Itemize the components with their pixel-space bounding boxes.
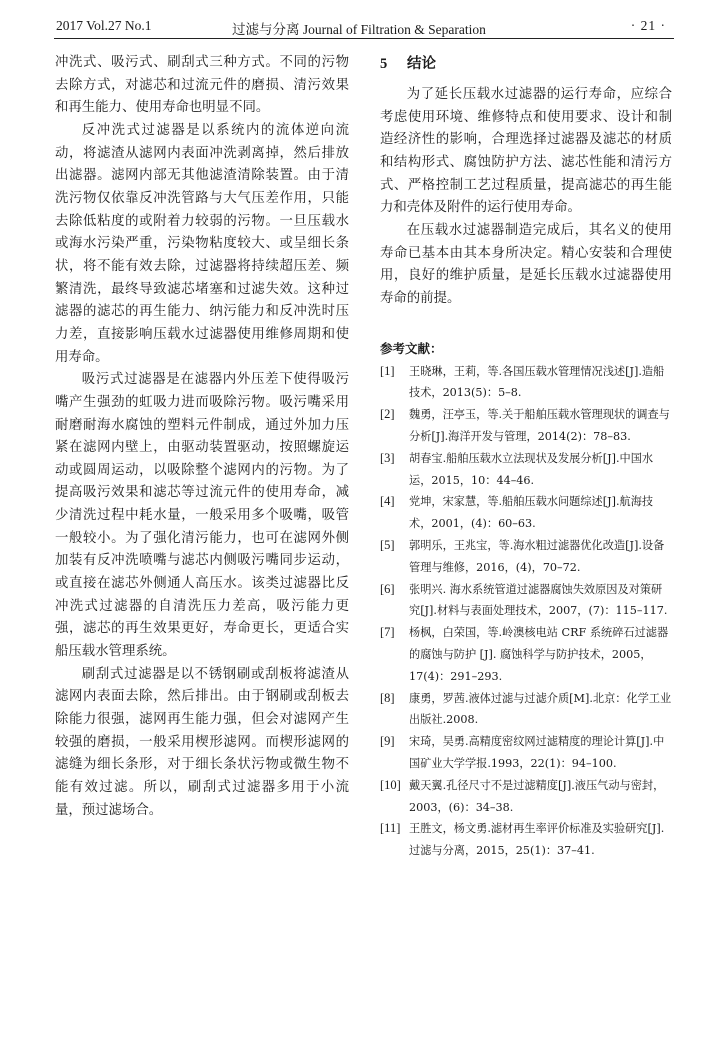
reference-number: [11] xyxy=(380,818,400,840)
reference-item: [8]康勇，罗茜.液体过滤与过滤介质[M].北京：化学工业出版社.2008. xyxy=(380,688,672,732)
reference-number: [4] xyxy=(380,491,395,513)
body-paragraph: 为了延长压载水过滤器的运行寿命，应综合考虑使用环境、维修特点和使用要求、设计和制… xyxy=(380,84,672,220)
reference-text: 康勇，罗茜.液体过滤与过滤介质[M].北京：化学工业出版社.2008. xyxy=(409,688,672,732)
reference-number: [2] xyxy=(380,404,395,426)
reference-text: 杨枫，白荣国，等.岭澳核电站 CRF 系统碎石过滤器的腐蚀与防护 [J]. 腐蚀… xyxy=(409,622,672,687)
body-paragraph: 吸污式过滤器是在滤器内外压差下使得吸污嘴产生强劲的虹吸力进而吸除污物。吸污嘴采用… xyxy=(55,369,349,664)
reference-number: [5] xyxy=(380,535,395,557)
body-paragraph: 在压载水过滤器制造完成后，其名义的使用寿命已基本由其本身所决定。精心安装和合理使… xyxy=(380,220,672,311)
body-paragraph: 刷刮式过滤器是以不锈钢刷或刮板将滤渣从滤网内表面去除，然后排出。由于钢刷或刮板去… xyxy=(55,664,349,823)
reference-number: [8] xyxy=(380,688,395,710)
reference-item: [2]魏勇，汪亭玉，等.关于船舶压载水管理现状的调查与分析[J].海洋开发与管理… xyxy=(380,404,672,448)
reference-text: 魏勇，汪亭玉，等.关于船舶压载水管理现状的调查与分析[J].海洋开发与管理，20… xyxy=(409,404,672,448)
journal-title: 过滤与分离 Journal of Filtration & Separation xyxy=(232,18,486,38)
reference-item: [6]张明兴. 海水系统管道过滤器腐蚀失效原因及对策研究[J].材料与表面处理技… xyxy=(380,579,672,623)
reference-item: [4]党坤，宋家慧，等.船舶压载水问题综述[J].航海技术，2001，(4)：6… xyxy=(380,491,672,535)
section-heading: 5结论 xyxy=(380,52,672,76)
reference-text: 郭明乐，王兆宝，等.海水粗过滤器优化改造[J].设备管理与维修，2016，(4)… xyxy=(409,535,672,579)
reference-number: [3] xyxy=(380,448,395,470)
right-column: 5结论 为了延长压载水过滤器的运行寿命，应综合考虑使用环境、维修特点和使用要求、… xyxy=(380,52,672,862)
reference-number: [6] xyxy=(380,579,395,601)
reference-item: [1]王晓琳，王莉，等.各国压载水管理情况浅述[J].造船技术，2013(5)：… xyxy=(380,361,672,405)
reference-text: 张明兴. 海水系统管道过滤器腐蚀失效原因及对策研究[J].材料与表面处理技术，2… xyxy=(409,579,672,623)
reference-text: 王胜文，杨文勇.滤材再生率评价标准及实验研究[J].过滤与分离，2015，25(… xyxy=(409,818,672,862)
page-number: · 21 · xyxy=(631,18,666,34)
reference-text: 戴天翼.孔径尺寸不是过滤精度[J].液压气动与密封，2003，(6)：34–38… xyxy=(409,775,672,819)
reference-text: 胡春宝.船舶压载水立法现状及发展分析[J].中国水运，2015，10：44–46… xyxy=(409,448,672,492)
body-paragraph: 反冲洗式过滤器是以系统内的流体逆向流动，将滤渣从滤网内表面冲洗剥离掉，然后排放出… xyxy=(55,120,349,369)
reference-number: [9] xyxy=(380,731,395,753)
reference-number: [1] xyxy=(380,361,395,383)
running-header: 2017 Vol.27 No.1 过滤与分离 Journal of Filtra… xyxy=(54,18,674,39)
reference-item: [11]王胜文，杨文勇.滤材再生率评价标准及实验研究[J].过滤与分离，2015… xyxy=(380,818,672,862)
left-column: 冲洗式、吸污式、刷刮式三种方式。不同的污物去除方式，对滤芯和过流元件的磨损、清污… xyxy=(55,52,349,822)
reference-item: [5]郭明乐，王兆宝，等.海水粗过滤器优化改造[J].设备管理与维修，2016，… xyxy=(380,535,672,579)
reference-text: 宋琦，吴勇.高精度密纹网过滤精度的理论计算[J].中国矿业大学学报.1993，2… xyxy=(409,731,672,775)
reference-item: [7]杨枫，白荣国，等.岭澳核电站 CRF 系统碎石过滤器的腐蚀与防护 [J].… xyxy=(380,622,672,687)
reference-text: 党坤，宋家慧，等.船舶压载水问题综述[J].航海技术，2001，(4)：60–6… xyxy=(409,491,672,535)
reference-item: [9]宋琦，吴勇.高精度密纹网过滤精度的理论计算[J].中国矿业大学学报.199… xyxy=(380,731,672,775)
reference-number: [10] xyxy=(380,775,401,797)
reference-list: [1]王晓琳，王莉，等.各国压载水管理情况浅述[J].造船技术，2013(5)：… xyxy=(380,361,672,862)
journal-volume: 2017 Vol.27 No.1 xyxy=(56,18,152,34)
reference-item: [10]戴天翼.孔径尺寸不是过滤精度[J].液压气动与密封，2003，(6)：3… xyxy=(380,775,672,819)
section-title: 结论 xyxy=(407,56,436,72)
reference-text: 王晓琳，王莉，等.各国压载水管理情况浅述[J].造船技术，2013(5)：5–8… xyxy=(409,361,672,405)
body-paragraph: 冲洗式、吸污式、刷刮式三种方式。不同的污物去除方式，对滤芯和过流元件的磨损、清污… xyxy=(55,52,349,120)
section-number: 5 xyxy=(380,52,407,76)
references-heading: 参考文献： xyxy=(380,337,672,361)
reference-item: [3]胡春宝.船舶压载水立法现状及发展分析[J].中国水运，2015，10：44… xyxy=(380,448,672,492)
reference-number: [7] xyxy=(380,622,395,644)
